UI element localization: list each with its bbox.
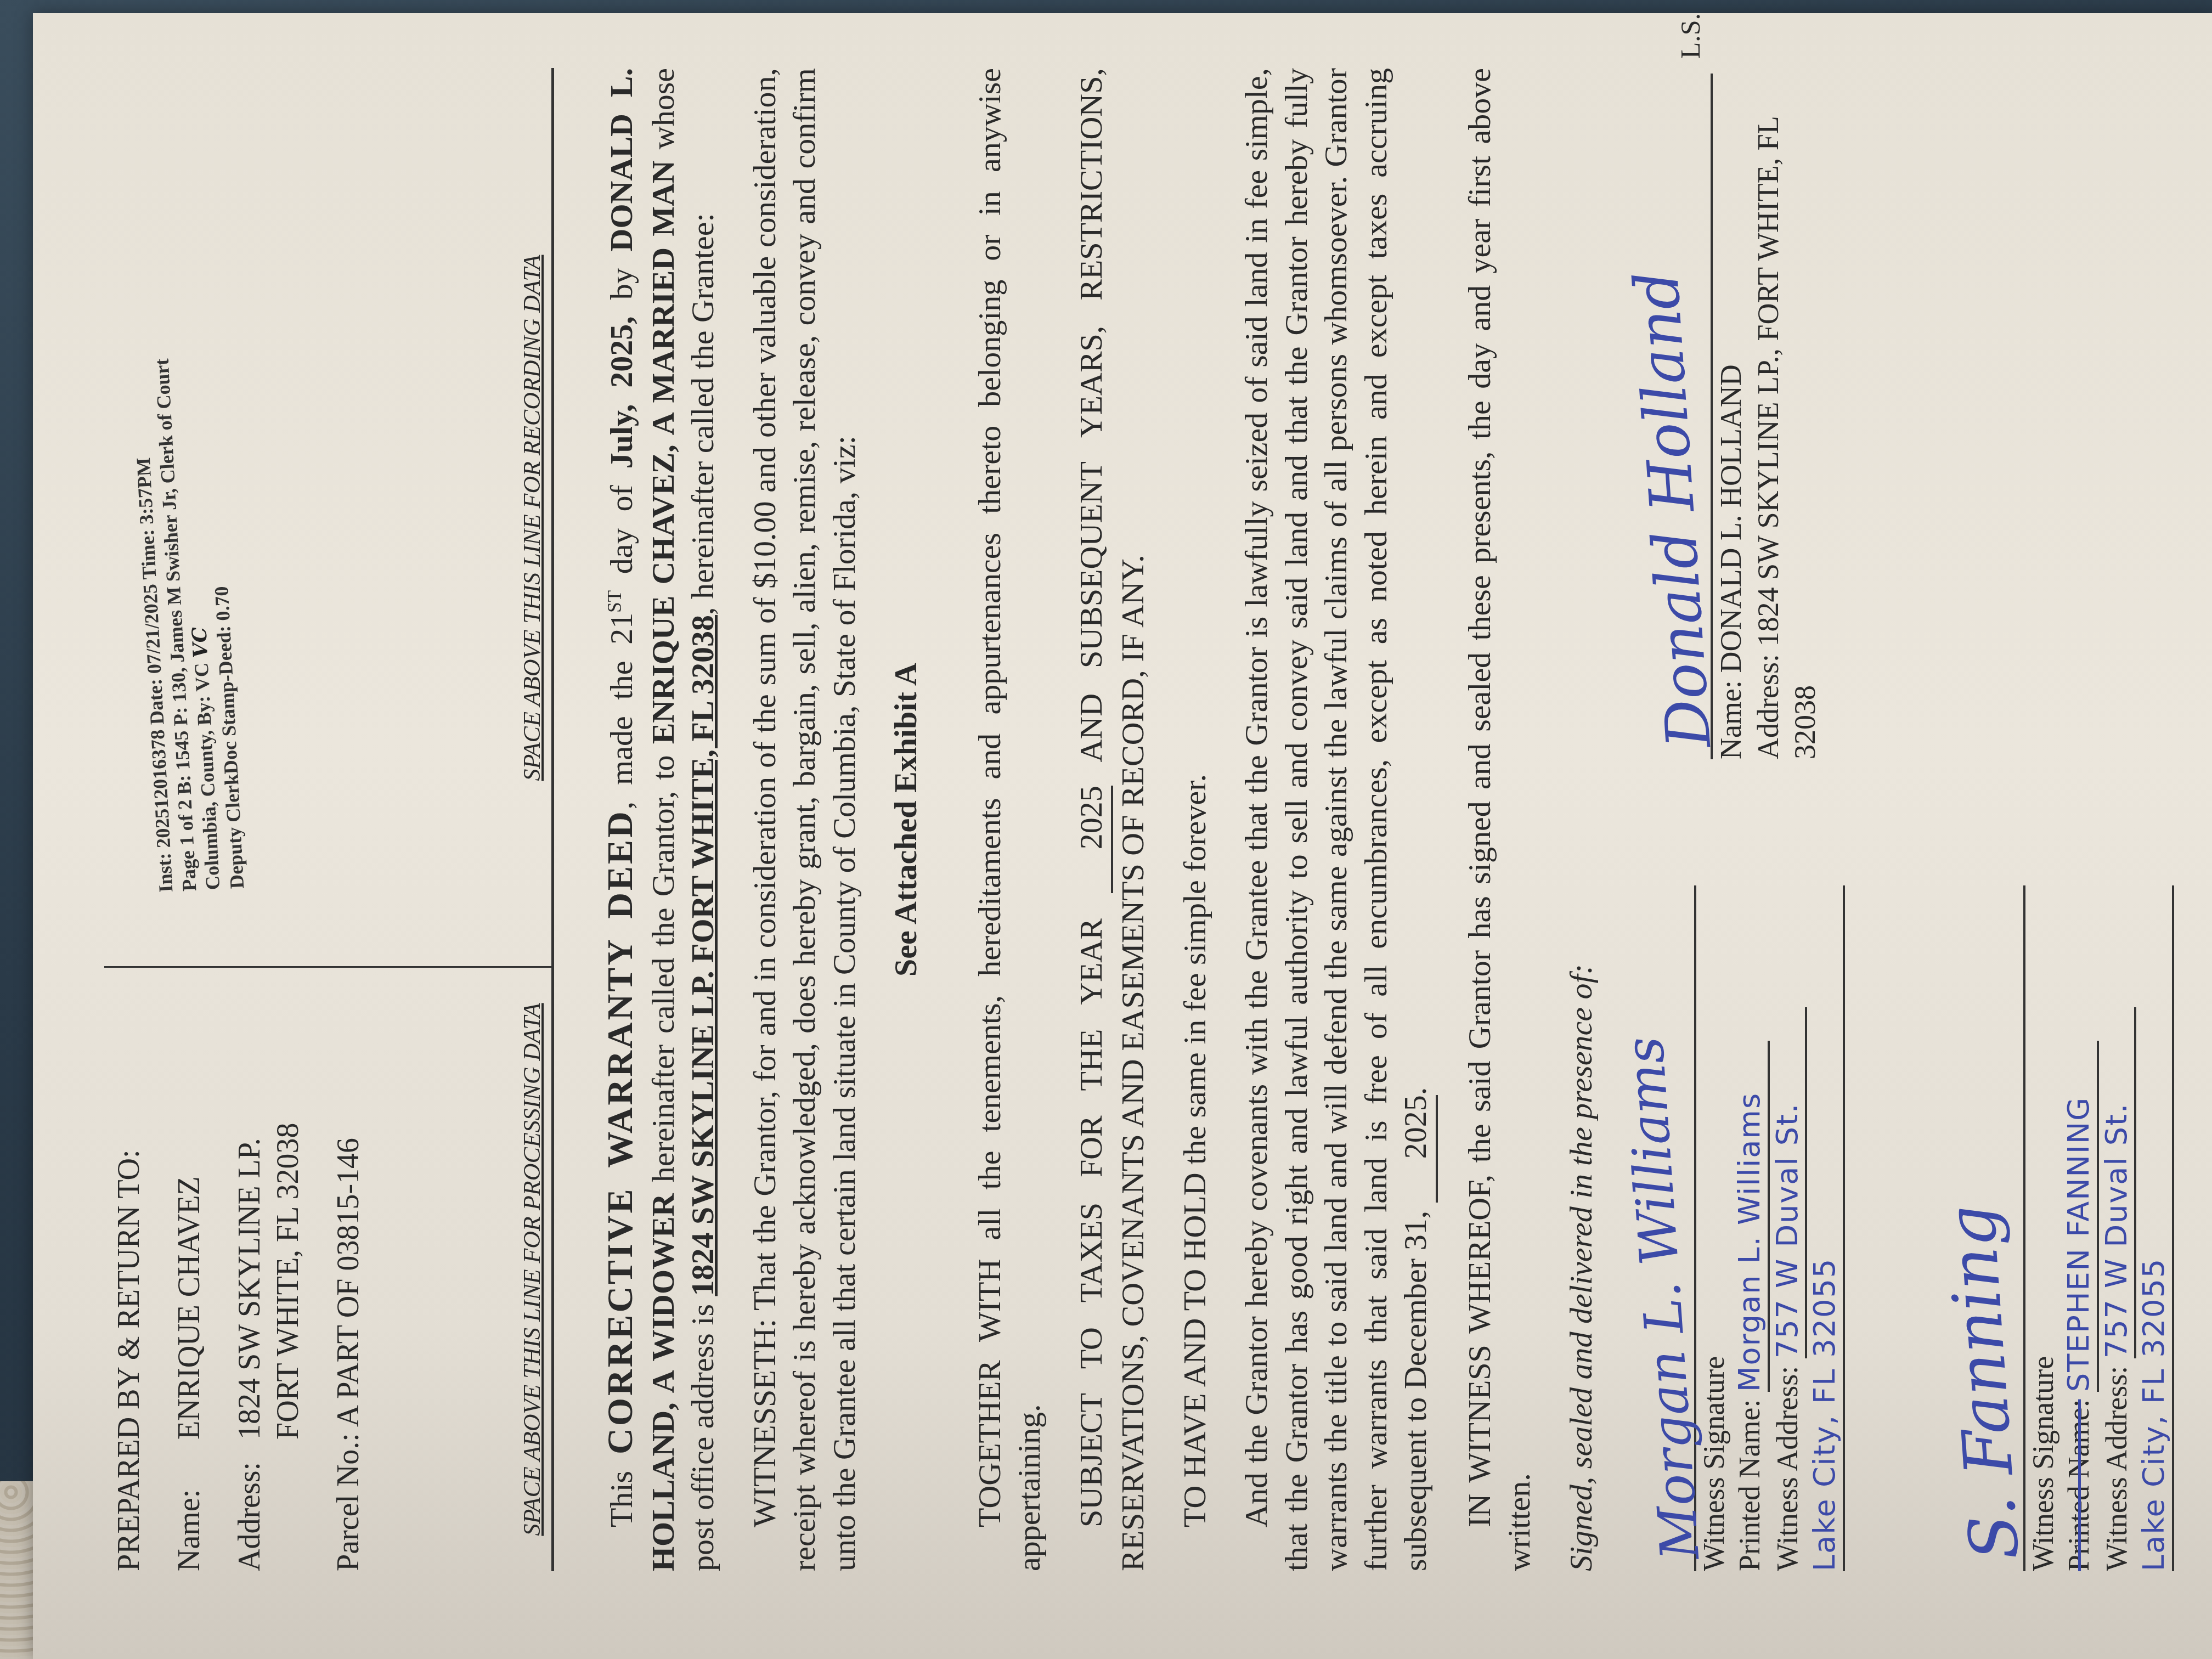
in-witness-paragraph: IN WITNESS WHEREOF, the said Grantor has… xyxy=(1460,68,1539,1571)
witness-2-address: Witness Address: 757 W Duval St. xyxy=(2099,885,2137,1571)
grantor-signature-line: Donald Holland L.S. xyxy=(1601,74,1713,759)
address-line2: FORT WHITE, FL 32038 xyxy=(269,68,307,1571)
witness-2-signature-line: S. Fanning xyxy=(1941,885,2025,1571)
witness-2-address-line2: Lake City, FL 32055 xyxy=(2136,885,2174,1571)
grantee-name: ENRIQUE CHAVEZ, A MARRIED MAN xyxy=(645,160,681,744)
deed-document: PREPARED BY & RETURN TO: Name:ENRIQUE CH… xyxy=(110,68,2212,1571)
signature-area: Morgan L. Williams Witness Signature Pri… xyxy=(1634,68,2212,1571)
address-label: Address: xyxy=(230,1440,269,1571)
signed-sealed-line: Signed, sealed and delivered in the pres… xyxy=(1561,68,1601,1571)
subject-to-paragraph: SUBJECT TO TAXES FOR THE YEAR 2025 AND S… xyxy=(1071,68,1153,1571)
covenants-year: 2025 xyxy=(1396,1095,1438,1203)
processing-data-line: SPACE ABOVE THIS LINE FOR PROCESSING DAT… xyxy=(517,968,554,1571)
together-paragraph: TOGETHER WITH all the tenements, heredit… xyxy=(970,68,1049,1571)
exhibit-reference: See Attached Exhibit A xyxy=(886,68,926,1571)
deed-title: CORRECTIVE WARRANTY DEED xyxy=(600,809,640,1454)
deed-paper: PREPARED BY & RETURN TO: Name:ENRIQUE CH… xyxy=(33,13,2212,1659)
witness-2-block: S. Fanning Witness Signature Printed Nam… xyxy=(1941,885,2174,1571)
tax-year: 2025 xyxy=(1071,786,1114,893)
witness-1-address-line1: 757 W Duval St. xyxy=(1770,1007,1808,1358)
witness-1-signature-line: Morgan L. Williams xyxy=(1645,885,1696,1571)
name-label: Name: xyxy=(170,1440,208,1571)
witness-1-address-line2: Lake City, FL 32055 xyxy=(1807,885,1845,1571)
witness-1-name-value: Morgan L. Williams xyxy=(1732,1041,1770,1392)
witness-1-printed-name: Printed Name: Morgan L. Williams xyxy=(1732,885,1770,1571)
grantor-signature: Donald Holland xyxy=(1618,268,1727,750)
witness-2-signature-label: Witness Signature xyxy=(2025,885,2061,1571)
name-value: ENRIQUE CHAVEZ xyxy=(172,1176,206,1440)
covenants-paragraph: And the Grantor hereby covenants with th… xyxy=(1237,68,1438,1571)
recording-divider: Inst: 202512016378 Date: 07/21/2025 Time… xyxy=(444,68,554,1571)
vertical-divider xyxy=(104,966,554,968)
witnesseth-paragraph: WITNESSETH: That the Grantor, for and in… xyxy=(745,68,865,1571)
deed-intro: This CORRECTIVE WARRANTY DEED, made the … xyxy=(598,68,723,1571)
recording-data-line: SPACE ABOVE THIS LINE FOR RECORDING DATA xyxy=(517,68,554,968)
witness-2-address-line1: 757 W Duval St. xyxy=(2099,1007,2137,1358)
address-line1: 1824 SW SKYLINE LP. xyxy=(233,1138,267,1440)
ls-label: L.S. xyxy=(1673,13,1708,59)
parcel-number: Parcel No.: A PART OF 03815-146 xyxy=(329,68,368,1571)
deed-day: 21 xyxy=(603,613,639,645)
grantor-signature-block: Donald Holland L.S. Name: DONALD L. HOLL… xyxy=(1601,74,1824,759)
witness-2-name-value: STEPHEN FANNING xyxy=(2061,1041,2099,1392)
witness-2-signature: S. Fanning xyxy=(1932,1203,2036,1562)
to-have-paragraph: TO HAVE AND TO HOLD the same in fee simp… xyxy=(1175,68,1215,1571)
clerk-initials: VC xyxy=(188,627,213,659)
witness-1-block: Morgan L. Williams Witness Signature Pri… xyxy=(1645,885,1845,1571)
deed-date: July, 2025, xyxy=(603,316,639,469)
deed-page-rotated: PREPARED BY & RETURN TO: Name:ENRIQUE CH… xyxy=(0,0,2212,1659)
parcel-label: Parcel No.: xyxy=(331,1433,365,1571)
grantee-address: 1824 SW SKYLINE LP. FORT WHITE, FL 32038 xyxy=(685,615,720,1296)
witness-1-address: Witness Address: 757 W Duval St. xyxy=(1770,885,1808,1571)
witness-2-printed-name: Printed Name: STEPHEN FANNING xyxy=(2061,885,2099,1571)
parcel-value: A PART OF 03815-146 xyxy=(331,1138,365,1427)
grantor-address: Address: 1824 SW SKYLINE LP., FORT WHITE… xyxy=(1750,74,1824,759)
